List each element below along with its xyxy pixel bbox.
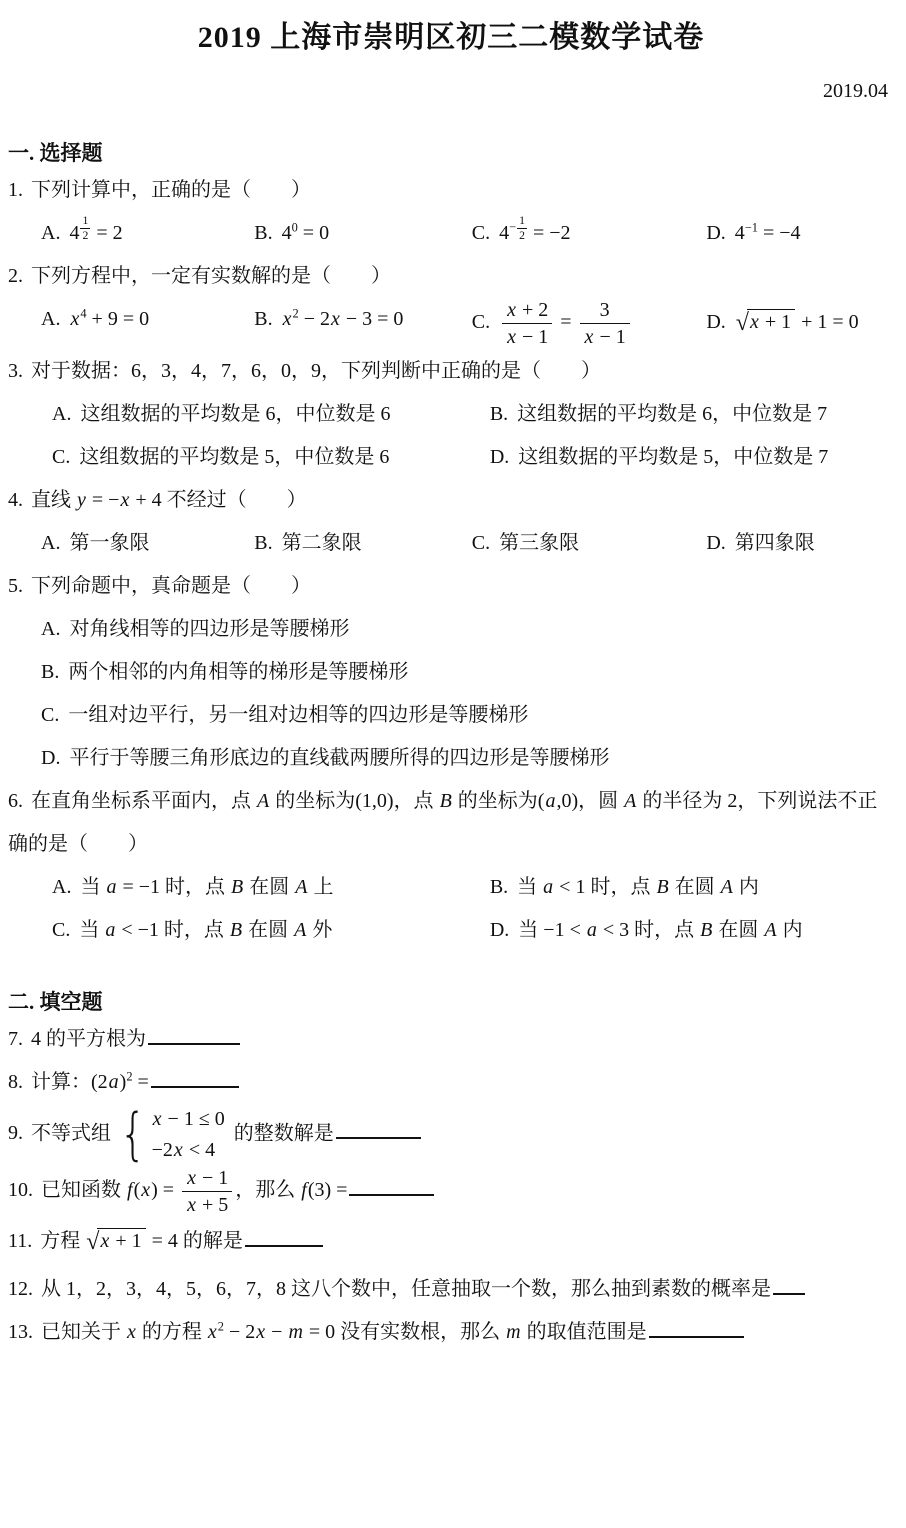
text-run: 没有实数根，那么 bbox=[335, 1321, 505, 1343]
answer-blank bbox=[336, 1116, 421, 1139]
question-stem: 6.在直角坐标系平面内，点 A 的坐标为(1,0)，点 B 的坐标为(a,0)，… bbox=[8, 780, 894, 866]
text-run: 不经过（ ） bbox=[162, 489, 307, 511]
options: A.第一象限B.第二象限C.第三象限D.第四象限 bbox=[8, 522, 894, 565]
option-D: D.√x + 1 + 1 = 0 bbox=[706, 298, 894, 350]
question-number: 7. bbox=[8, 1028, 23, 1050]
text-run: ，那么 bbox=[235, 1179, 300, 1201]
math-expression: B bbox=[229, 919, 243, 941]
option-label: D. bbox=[490, 446, 509, 468]
text-run: 从 1，2，3，4，5，6，7，8 这八个数中，任意抽取一个数，那么抽到素数的概… bbox=[41, 1278, 771, 1300]
question-stem: 13.已知关于 x 的方程 x2 − 2x − m = 0 没有实数根，那么 m… bbox=[8, 1311, 894, 1354]
option-label: A. bbox=[41, 308, 60, 330]
option-label: B. bbox=[254, 308, 272, 330]
fraction: 12 bbox=[517, 214, 527, 243]
option-label: B. bbox=[254, 222, 272, 244]
brace-icon: { bbox=[119, 1108, 146, 1161]
math-expression: √x + 1 + 1 = 0 bbox=[735, 311, 859, 333]
math-expression: √x + 1 = 4 bbox=[85, 1230, 178, 1252]
text-run: 下列计算中，正确的是（ ） bbox=[31, 179, 311, 201]
superscript: −12 bbox=[509, 220, 528, 234]
option-B: B.第二象限 bbox=[254, 522, 472, 565]
text-run: 时，点 bbox=[159, 919, 229, 941]
text-run: 不等式组 bbox=[31, 1122, 111, 1144]
option-A: A.412 = 2 bbox=[41, 212, 254, 255]
option-label: C. bbox=[472, 311, 490, 333]
question-9: 9.不等式组{x − 1 ≤ 0−2x < 4 的整数解是 bbox=[8, 1104, 894, 1166]
superscript: 2 bbox=[292, 306, 298, 320]
math-expression: x2 − 2x − m = 0 bbox=[207, 1321, 335, 1343]
question-number: 9. bbox=[8, 1122, 23, 1144]
answer-blank bbox=[245, 1224, 323, 1247]
text-run: 第一象限 bbox=[69, 532, 149, 554]
math-expression: A bbox=[294, 876, 308, 898]
math-expression: (a,0) bbox=[538, 790, 578, 812]
fraction: 3x − 1 bbox=[580, 298, 630, 349]
option-label: D. bbox=[706, 222, 725, 244]
radical: √x + 1 bbox=[86, 1217, 145, 1269]
option-label: C. bbox=[41, 704, 59, 726]
math-expression: y = −x + 4 bbox=[76, 489, 162, 511]
text-run: ，点 bbox=[394, 790, 439, 812]
math-expression: B bbox=[655, 876, 669, 898]
superscript: 4 bbox=[80, 306, 86, 320]
option-B: B.x2 − 2x − 3 = 0 bbox=[254, 298, 472, 350]
text-run: 的取值范围是 bbox=[522, 1321, 647, 1343]
math-expression: (2a)2 = bbox=[91, 1071, 149, 1093]
math-expression: 40 = 0 bbox=[282, 222, 329, 244]
text-run: 已知关于 bbox=[41, 1321, 126, 1343]
math-expression: f(3) = bbox=[300, 1179, 347, 1201]
option-label: A. bbox=[41, 618, 60, 640]
option-label: D. bbox=[706, 532, 725, 554]
exam-date: 2019.04 bbox=[8, 80, 888, 103]
option-C: C.当 a < −1 时，点 B 在圆 A 外 bbox=[52, 909, 490, 952]
option-label: D. bbox=[706, 311, 725, 333]
option-A: A.这组数据的平均数是 6，中位数是 6 bbox=[52, 393, 490, 436]
text-run: 在圆 bbox=[713, 919, 763, 941]
math-expression: x bbox=[126, 1321, 137, 1343]
text-run: 4 的平方根为 bbox=[31, 1028, 146, 1050]
fraction: 12 bbox=[80, 214, 90, 243]
text-run: 的坐标为 bbox=[270, 790, 355, 812]
option-D: D.平行于等腰三角形底边的直线截两腰所得的四边形是等腰梯形 bbox=[41, 737, 894, 780]
question-6: 6.在直角坐标系平面内，点 A 的坐标为(1,0)，点 B 的坐标为(a,0)，… bbox=[8, 780, 894, 952]
text-run: 的坐标为 bbox=[453, 790, 538, 812]
text-run: 平行于等腰三角形底边的直线截两腰所得的四边形是等腰梯形 bbox=[69, 747, 609, 769]
text-run: 的整数解是 bbox=[229, 1122, 334, 1144]
math-expression: a < 1 bbox=[542, 876, 585, 898]
question-2: 2.下列方程中，一定有实数解的是（ ）A.x4 + 9 = 0B.x2 − 2x… bbox=[8, 255, 894, 350]
math-expression: B bbox=[699, 919, 713, 941]
text-run: 第三象限 bbox=[499, 532, 579, 554]
text-run: 时，点 bbox=[585, 876, 655, 898]
math-expression: x + 2x − 1 = 3x − 1 bbox=[499, 311, 633, 333]
text-run: 第二象限 bbox=[282, 532, 362, 554]
math-expression: {x − 1 ≤ 0−2x < 4 bbox=[111, 1122, 229, 1144]
options: A.这组数据的平均数是 6，中位数是 6B.这组数据的平均数是 6，中位数是 7… bbox=[8, 393, 894, 479]
option-C: C.x + 2x − 1 = 3x − 1 bbox=[472, 298, 707, 350]
text-run: 方程 bbox=[40, 1230, 85, 1252]
math-expression: B bbox=[439, 790, 453, 812]
text-run: 在圆 bbox=[243, 919, 293, 941]
section-heading: 二. 填空题 bbox=[8, 986, 894, 1016]
option-label: B. bbox=[490, 403, 508, 425]
answer-blank bbox=[349, 1173, 434, 1196]
option-B: B.40 = 0 bbox=[254, 212, 472, 255]
question-3: 3.对于数据：6，3，4，7，6，0，9，下列判断中正确的是（ ）A.这组数据的… bbox=[8, 350, 894, 479]
option-label: A. bbox=[41, 222, 60, 244]
options: A.当 a = −1 时，点 B 在圆 A 上B.当 a < 1 时，点 B 在… bbox=[8, 866, 894, 952]
text-run: 外 bbox=[307, 919, 332, 941]
text-run: 在圆 bbox=[244, 876, 294, 898]
question-5: 5.下列命题中，真命题是（ ）A.对角线相等的四边形是等腰梯形B.两个相邻的内角… bbox=[8, 565, 894, 780]
option-label: C. bbox=[472, 532, 490, 554]
option-label: A. bbox=[41, 532, 60, 554]
question-number: 8. bbox=[8, 1071, 23, 1093]
option-A: A.第一象限 bbox=[41, 522, 254, 565]
question-4: 4.直线 y = −x + 4 不经过（ ）A.第一象限B.第二象限C.第三象限… bbox=[8, 479, 894, 565]
question-7: 7.4 的平方根为 bbox=[8, 1018, 894, 1061]
math-expression: A bbox=[293, 919, 307, 941]
question-11: 11.方程 √x + 1 = 4 的解是 bbox=[8, 1217, 894, 1269]
text-run: 已知函数 bbox=[41, 1179, 126, 1201]
radical: √x + 1 bbox=[736, 298, 795, 350]
option-D: D.当 −1 < a < 3 时，点 B 在圆 A 内 bbox=[490, 909, 894, 952]
options: A.412 = 2B.40 = 0C.4−12 = −2D.4−1 = −4 bbox=[8, 212, 894, 255]
text-run: 内 bbox=[734, 876, 759, 898]
question-12: 12.从 1，2，3，4，5，6，7，8 这八个数中，任意抽取一个数，那么抽到素… bbox=[8, 1268, 894, 1311]
option-label: A. bbox=[52, 403, 71, 425]
math-expression: m bbox=[505, 1321, 521, 1343]
math-expression: (1,0) bbox=[355, 790, 393, 812]
option-A: A.对角线相等的四边形是等腰梯形 bbox=[41, 608, 894, 651]
answer-blank bbox=[148, 1022, 240, 1045]
question-number: 3. bbox=[8, 360, 23, 382]
text-run: 当 bbox=[517, 876, 542, 898]
option-B: B.当 a < 1 时，点 B 在圆 A 内 bbox=[490, 866, 894, 909]
text-run: 一组对边平行，另一组对边相等的四边形是等腰梯形 bbox=[68, 704, 528, 726]
option-C: C.一组对边平行，另一组对边相等的四边形是等腰梯形 bbox=[41, 694, 894, 737]
text-run: 直线 bbox=[31, 489, 76, 511]
option-label: A. bbox=[52, 876, 71, 898]
math-expression: 4−1 = −4 bbox=[735, 222, 801, 244]
math-expression: a = −1 bbox=[105, 876, 160, 898]
text-run: 在圆 bbox=[670, 876, 720, 898]
question-number: 4. bbox=[8, 489, 23, 511]
option-label: D. bbox=[490, 919, 509, 941]
math-expression: x2 − 2x − 3 = 0 bbox=[282, 308, 404, 330]
text-run: 对于数据：6，3，4，7，6，0，9，下列判断中正确的是（ ） bbox=[31, 360, 601, 382]
superscript: −1 bbox=[745, 220, 758, 234]
superscript: 2 bbox=[218, 1320, 224, 1334]
option-label: B. bbox=[254, 532, 272, 554]
math-expression: a < −1 bbox=[104, 919, 159, 941]
text-run: 时，点 bbox=[160, 876, 230, 898]
text-run: 在直角坐标系平面内，点 bbox=[31, 790, 256, 812]
question-number: 12. bbox=[8, 1278, 33, 1300]
question-stem: 2.下列方程中，一定有实数解的是（ ） bbox=[8, 255, 894, 298]
option-B: B.两个相邻的内角相等的梯形是等腰梯形 bbox=[41, 651, 894, 694]
question-stem: 5.下列命题中，真命题是（ ） bbox=[8, 565, 894, 608]
question-stem: 11.方程 √x + 1 = 4 的解是 bbox=[8, 1217, 894, 1269]
inequality-system: {x − 1 ≤ 0−2x < 4 bbox=[115, 1104, 225, 1166]
text-run: 两个相邻的内角相等的梯形是等腰梯形 bbox=[68, 661, 408, 683]
text-run: 这组数据的平均数是 6，中位数是 7 bbox=[517, 403, 827, 425]
text-run: 这组数据的平均数是 6，中位数是 6 bbox=[80, 403, 390, 425]
question-stem: 10.已知函数 f(x) = x − 1x + 5，那么 f(3) = bbox=[8, 1166, 894, 1217]
question-stem: 3.对于数据：6，3，4，7，6，0，9，下列判断中正确的是（ ） bbox=[8, 350, 894, 393]
text-run: 时，点 bbox=[629, 919, 699, 941]
math-expression: f(x) = x − 1x + 5 bbox=[126, 1179, 235, 1201]
superscript: 12 bbox=[79, 220, 91, 234]
text-run: 上 bbox=[308, 876, 333, 898]
option-label: C. bbox=[52, 919, 70, 941]
question-number: 10. bbox=[8, 1179, 33, 1201]
text-run: 这组数据的平均数是 5，中位数是 7 bbox=[518, 446, 828, 468]
text-run: ，圆 bbox=[578, 790, 623, 812]
math-expression: −1 < a < 3 bbox=[543, 919, 629, 941]
page-title: 2019 上海市崇明区初三二模数学试卷 bbox=[8, 12, 894, 56]
question-stem: 7.4 的平方根为 bbox=[8, 1018, 894, 1061]
section-heading: 一. 选择题 bbox=[8, 137, 894, 167]
option-A: A.x4 + 9 = 0 bbox=[41, 298, 254, 350]
math-expression: 4−12 = −2 bbox=[499, 222, 570, 244]
question-stem: 9.不等式组{x − 1 ≤ 0−2x < 4 的整数解是 bbox=[8, 1104, 894, 1166]
question-number: 13. bbox=[8, 1321, 33, 1343]
answer-blank bbox=[773, 1272, 805, 1295]
option-A: A.当 a = −1 时，点 B 在圆 A 上 bbox=[52, 866, 490, 909]
answer-blank bbox=[151, 1065, 239, 1088]
superscript: 2 bbox=[126, 1069, 132, 1083]
math-expression: A bbox=[720, 876, 734, 898]
question-stem: 12.从 1，2，3，4，5，6，7，8 这八个数中，任意抽取一个数，那么抽到素… bbox=[8, 1268, 894, 1311]
question-stem: 8.计算：(2a)2 = bbox=[8, 1061, 894, 1104]
question-stem: 4.直线 y = −x + 4 不经过（ ） bbox=[8, 479, 894, 522]
option-D: D.4−1 = −4 bbox=[706, 212, 894, 255]
text-run: 下列方程中，一定有实数解的是（ ） bbox=[31, 265, 391, 287]
text-run: 当 bbox=[518, 919, 543, 941]
question-number: 11. bbox=[8, 1230, 32, 1252]
math-expression: B bbox=[230, 876, 244, 898]
option-label: B. bbox=[41, 661, 59, 683]
question-number: 6. bbox=[8, 790, 23, 812]
text-run: 第四象限 bbox=[735, 532, 815, 554]
fraction: x − 1x + 5 bbox=[182, 1166, 232, 1217]
options: A.x4 + 9 = 0B.x2 − 2x − 3 = 0C.x + 2x − … bbox=[8, 298, 894, 350]
question-10: 10.已知函数 f(x) = x − 1x + 5，那么 f(3) = bbox=[8, 1166, 894, 1217]
question-stem: 1.下列计算中，正确的是（ ） bbox=[8, 169, 894, 212]
question-13: 13.已知关于 x 的方程 x2 − 2x − m = 0 没有实数根，那么 m… bbox=[8, 1311, 894, 1354]
text-run: 下列命题中，真命题是（ ） bbox=[31, 575, 311, 597]
option-C: C.这组数据的平均数是 5，中位数是 6 bbox=[52, 436, 490, 479]
answer-blank bbox=[649, 1315, 744, 1338]
option-D: D.第四象限 bbox=[706, 522, 894, 565]
text-run: 内 bbox=[778, 919, 803, 941]
option-label: D. bbox=[41, 747, 60, 769]
question-number: 1. bbox=[8, 179, 23, 201]
option-label: C. bbox=[472, 222, 490, 244]
text-run: 的方程 bbox=[137, 1321, 207, 1343]
question-1: 1.下列计算中，正确的是（ ）A.412 = 2B.40 = 0C.4−12 =… bbox=[8, 169, 894, 255]
text-run: 这组数据的平均数是 5，中位数是 6 bbox=[79, 446, 389, 468]
text-run: 当 bbox=[79, 919, 104, 941]
math-expression: A bbox=[763, 919, 777, 941]
text-run: 的解是 bbox=[178, 1230, 243, 1252]
options: A.对角线相等的四边形是等腰梯形B.两个相邻的内角相等的梯形是等腰梯形C.一组对… bbox=[8, 608, 894, 780]
exam-document: 2019 上海市崇明区初三二模数学试卷 2019.04 一. 选择题1.下列计算… bbox=[0, 0, 906, 1354]
question-8: 8.计算：(2a)2 = bbox=[8, 1061, 894, 1104]
math-expression: A bbox=[256, 790, 270, 812]
superscript: 0 bbox=[292, 220, 298, 234]
exam-content: 一. 选择题1.下列计算中，正确的是（ ）A.412 = 2B.40 = 0C.… bbox=[8, 137, 894, 1354]
math-expression: A bbox=[623, 790, 637, 812]
option-C: C.4−12 = −2 bbox=[472, 212, 707, 255]
option-C: C.第三象限 bbox=[472, 522, 707, 565]
question-number: 2. bbox=[8, 265, 23, 287]
option-label: B. bbox=[490, 876, 508, 898]
math-expression: x4 + 9 = 0 bbox=[69, 308, 149, 330]
option-label: C. bbox=[52, 446, 70, 468]
fraction: x + 2x − 1 bbox=[502, 298, 552, 349]
option-B: B.这组数据的平均数是 6，中位数是 7 bbox=[490, 393, 894, 436]
question-number: 5. bbox=[8, 575, 23, 597]
text-run: 当 bbox=[80, 876, 105, 898]
text-run: 对角线相等的四边形是等腰梯形 bbox=[69, 618, 349, 640]
option-D: D.这组数据的平均数是 5，中位数是 7 bbox=[490, 436, 894, 479]
text-run: 计算： bbox=[31, 1071, 91, 1093]
math-expression: 412 = 2 bbox=[69, 222, 122, 244]
